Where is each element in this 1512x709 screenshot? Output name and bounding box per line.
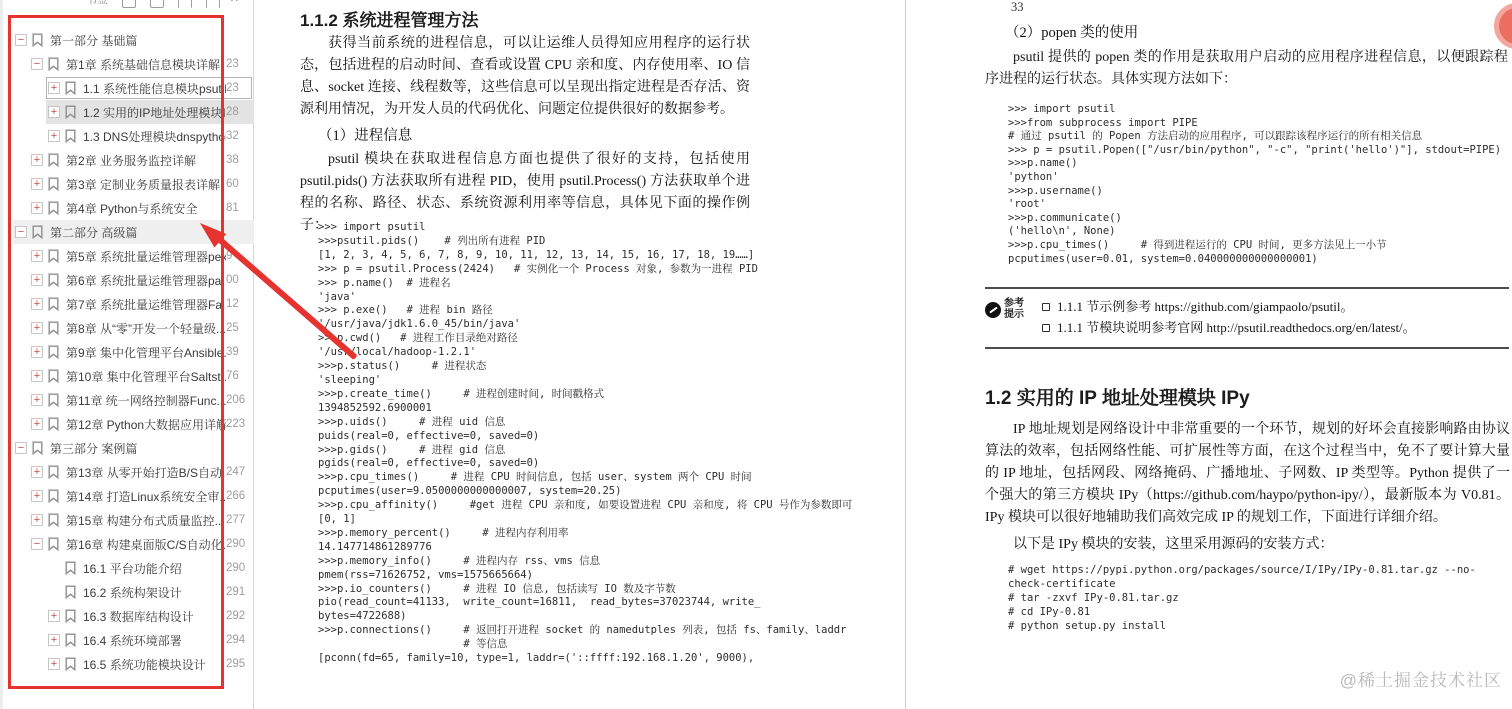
- toggle-icon[interactable]: +: [48, 130, 60, 142]
- checkbox-bullet-icon: [1042, 303, 1050, 311]
- toggle-icon[interactable]: +: [31, 490, 43, 502]
- collapse-all-icon[interactable]: [150, 0, 164, 8]
- toc-row[interactable]: + 第8章 从“零”开发一个轻量级... 25: [0, 316, 254, 340]
- toggle-icon[interactable]: +: [31, 298, 43, 310]
- toc-page-number: 295: [226, 658, 254, 670]
- toc-label: 第3章 定制业务质量报表详解: [66, 176, 220, 193]
- toc-row[interactable]: + 1.2 实用的IP地址处理模块IPy 28: [0, 100, 254, 124]
- toc-label: 1.1 系统性能信息模块psutil: [83, 80, 226, 97]
- toc-label: 第二部分 高级篇: [50, 224, 137, 241]
- expand-all-icon[interactable]: [122, 0, 136, 8]
- toggle-icon[interactable]: +: [48, 634, 60, 646]
- toggle-icon[interactable]: +: [31, 370, 43, 382]
- toc-page-number: 277: [226, 514, 254, 526]
- toc-row[interactable]: − 第三部分 案例篇: [0, 436, 254, 460]
- toggle-icon[interactable]: +: [31, 154, 43, 166]
- toc-label: 第14章 打造Linux系统安全审...: [66, 488, 226, 505]
- left-edge-strip: [0, 0, 3, 709]
- tip-text: 1.1.1 节示例参考 https://github.com/giampaolo…: [1057, 296, 1353, 317]
- toc-label: 1.2 实用的IP地址处理模块IPy: [83, 104, 226, 121]
- toc-label: 第13章 从零开始打造B/S自动...: [66, 464, 226, 481]
- bookmark-icon: [48, 297, 59, 311]
- toc-row[interactable]: + 16.3 数据库结构设计 292: [0, 604, 254, 628]
- bookmark-icon: [65, 657, 76, 671]
- toggle-icon[interactable]: +: [31, 346, 43, 358]
- toc-page-number: 23: [226, 82, 254, 94]
- toc-row[interactable]: + 第13章 从零开始打造B/S自动... 247: [0, 460, 254, 484]
- bookmark-icon: [65, 105, 76, 119]
- bookmark-icon: [48, 489, 59, 503]
- tip-line: 1.1.1 节示例参考 https://github.com/giampaolo…: [1042, 296, 1416, 317]
- tip-icon: [985, 302, 1001, 318]
- toc-label: 第三部分 案例篇: [50, 440, 137, 457]
- toc-row[interactable]: − 第二部分 高级篇: [0, 220, 254, 244]
- bookmark-icon: [48, 201, 59, 215]
- toc-label: 第16章 构建桌面版C/S自动化...: [66, 536, 226, 553]
- toc-row[interactable]: + 第6章 系统批量运维管理器pa... 00: [0, 268, 254, 292]
- toc-page-number: 290: [226, 538, 254, 550]
- toc-row[interactable]: + 16.4 系统环境部署 294: [0, 628, 254, 652]
- toc-list: − 第一部分 基础篇 − 第1章 系统基础信息模块详解 23 + 1.1 系统性…: [0, 28, 254, 676]
- toc-page-number: 9: [226, 250, 254, 262]
- document-page-left: 1.1.2 系统进程管理方法 获得当前系统的进程信息，可以让运维人员得知应用程序…: [255, 0, 905, 709]
- toc-label: 16.1 平台功能介绍: [83, 560, 182, 577]
- toggle-icon[interactable]: +: [31, 394, 43, 406]
- bookmark-icon: [65, 129, 76, 143]
- toggle-icon[interactable]: −: [31, 538, 43, 550]
- bookmark-icon: [65, 633, 76, 647]
- reference-tip-box: 参考 提示 1.1.1 节示例参考 https://github.com/gia…: [985, 287, 1509, 349]
- tip-icon-group: 参考 提示: [985, 299, 1024, 320]
- toc-label: 第2章 业务服务监控详解: [66, 152, 196, 169]
- toggle-icon[interactable]: −: [15, 34, 27, 46]
- toc-label: 第15章 构建分布式质量监控...: [66, 512, 225, 529]
- bookmark-icon: [48, 345, 59, 359]
- toc-label: 16.4 系统环境部署: [83, 632, 182, 649]
- toggle-icon[interactable]: +: [31, 322, 43, 334]
- toggle-icon[interactable]: +: [31, 514, 43, 526]
- bookmark-icon: [48, 393, 59, 407]
- bookmark-icon: [48, 249, 59, 263]
- toc-page-number: 206: [226, 394, 254, 406]
- toc-page-number: 76: [226, 370, 254, 382]
- bookmark-icon: [65, 609, 76, 623]
- toc-page-number: 32: [226, 130, 254, 142]
- toc-page-number: 294: [226, 634, 254, 646]
- bookmark-icon: [48, 177, 59, 191]
- page-number: 33: [1011, 0, 1024, 15]
- toc-row[interactable]: + 第9章 集中化管理平台Ansible... 39: [0, 340, 254, 364]
- checkbox-bullet-icon: [1042, 324, 1050, 332]
- toggle-icon[interactable]: −: [15, 442, 27, 454]
- toc-row[interactable]: − 第1章 系统基础信息模块详解 23: [0, 52, 254, 76]
- bookmark-icon: [32, 33, 43, 47]
- section-heading-12: 1.2 实用的 IP 地址处理模块 IPy: [985, 383, 1250, 410]
- bookmark-icon: [48, 153, 59, 167]
- toggle-icon[interactable]: +: [31, 178, 43, 190]
- toc-row[interactable]: + 第15章 构建分布式质量监控... 277: [0, 508, 254, 532]
- bookmark-icon: [65, 585, 76, 599]
- toggle-icon[interactable]: +: [48, 82, 60, 94]
- toc-row[interactable]: 16.1 平台功能介绍 290: [0, 556, 254, 580]
- watermark: @稀土掘金技术社区: [1340, 666, 1502, 691]
- toc-page-number: 292: [226, 610, 254, 622]
- toc-label: 1.3 DNS处理模块dnspython: [83, 128, 226, 145]
- toc-row[interactable]: − 第16章 构建桌面版C/S自动化... 290: [0, 532, 254, 556]
- toc-label: 第11章 统一网络控制器Func...: [66, 392, 226, 409]
- toggle-icon[interactable]: +: [31, 274, 43, 286]
- bookmark-icon: [48, 513, 59, 527]
- tip-line: 1.1.1 节模块说明参考官网 http://psutil.readthedoc…: [1042, 317, 1416, 338]
- toc-page-number: 25: [226, 322, 254, 334]
- add-bookmark-icon[interactable]: [178, 0, 192, 8]
- paragraph: psutil 提供的 popen 类的作用是获取用户启动的应用程序进程信息，以便…: [985, 47, 1508, 91]
- toc-page-number: 266: [226, 490, 254, 502]
- toggle-icon[interactable]: +: [31, 418, 43, 430]
- bookmark-icon: [48, 57, 59, 71]
- toc-row[interactable]: + 第10章 集中化管理平台Saltst... 76: [0, 364, 254, 388]
- code-block-ipy-install: # wget https://pypi.python.org/packages/…: [1008, 563, 1476, 633]
- toc-row[interactable]: + 第14章 打造Linux系统安全审... 266: [0, 484, 254, 508]
- toggle-icon[interactable]: +: [31, 466, 43, 478]
- tip-lines: 1.1.1 节示例参考 https://github.com/giampaolo…: [1042, 296, 1416, 338]
- toc-row[interactable]: + 第5章 系统批量运维管理器pex... 9: [0, 244, 254, 268]
- paragraph: IP 地址规划是网络设计中非常重要的一个环节，规划的好坏会直接影响路由协议算法的…: [985, 419, 1510, 529]
- toc-label: 第1章 系统基础信息模块详解: [66, 56, 220, 73]
- toc-page-number: 291: [226, 586, 254, 598]
- bookmark-icon: [32, 225, 43, 239]
- code-block-popen: >>> import psutil >>>from subprocess imp…: [1008, 103, 1501, 266]
- toc-label: 第一部分 基础篇: [50, 32, 137, 49]
- toc-row[interactable]: − 第一部分 基础篇: [0, 28, 254, 52]
- bookmark-icon: [32, 441, 43, 455]
- toc-page-number: 28: [226, 106, 254, 118]
- toc-page-number: 223: [226, 418, 254, 430]
- toc-label: 第9章 集中化管理平台Ansible...: [66, 344, 226, 361]
- toc-label: 第8章 从“零”开发一个轻量级...: [66, 320, 226, 337]
- close-icon[interactable]: ×: [230, 0, 239, 9]
- toggle-icon[interactable]: +: [31, 250, 43, 262]
- toc-page-number: 23: [226, 58, 254, 70]
- paragraph: 以下是 IPy 模块的安装，这里采用源码的安装方式：: [985, 534, 1510, 556]
- toc-page-number: 38: [226, 154, 254, 166]
- toc-label: 第5章 系统批量运维管理器pex...: [66, 248, 226, 265]
- bookmark-icon: [48, 369, 59, 383]
- toggle-icon[interactable]: −: [15, 226, 27, 238]
- toc-label: 第7章 系统批量运维管理器Fa...: [66, 296, 226, 313]
- toc-row[interactable]: + 第3章 定制业务质量报表详解 60: [0, 172, 254, 196]
- toggle-icon[interactable]: +: [48, 658, 60, 670]
- toc-row[interactable]: + 第7章 系统批量运维管理器Fa... 12: [0, 292, 254, 316]
- toc-label: 第6章 系统批量运维管理器pa...: [66, 272, 226, 289]
- bookmark-options-icon[interactable]: [206, 0, 220, 8]
- toc-page-number: 60: [226, 178, 254, 190]
- toc-page-number: 81: [226, 202, 254, 214]
- toc-page-number: 247: [226, 466, 254, 478]
- bookmark-icon: [48, 321, 59, 335]
- bookmark-icon: [48, 537, 59, 551]
- toc-label: 16.2 系统构架设计: [83, 584, 182, 601]
- toggle-icon[interactable]: −: [31, 58, 43, 70]
- bookmark-icon: [48, 465, 59, 479]
- sidebar-toolbar: 书签 ×: [0, 0, 254, 11]
- bookmark-icon: [48, 273, 59, 287]
- toc-row[interactable]: + 第12章 Python大数据应用详解 223: [0, 412, 254, 436]
- toc-row[interactable]: + 1.1 系统性能信息模块psutil 23: [0, 76, 254, 100]
- toggle-icon[interactable]: +: [48, 610, 60, 622]
- toc-row[interactable]: + 第11章 统一网络控制器Func... 206: [0, 388, 254, 412]
- tip-icon-label: 参考 提示: [1004, 299, 1024, 320]
- tip-text: 1.1.1 节模块说明参考官网 http://psutil.readthedoc…: [1057, 317, 1416, 338]
- toc-page-number: 00: [226, 274, 254, 286]
- toggle-icon[interactable]: +: [31, 202, 43, 214]
- toc-label: 第10章 集中化管理平台Saltst...: [66, 368, 226, 385]
- paragraph: 获得当前系统的进程信息，可以让运维人员得知应用程序的运行状态，包括进程的启动时间…: [300, 33, 750, 121]
- toc-page-number: 39: [226, 346, 254, 358]
- panel-title: 书签: [86, 0, 108, 7]
- toc-label: 第12章 Python大数据应用详解: [66, 416, 226, 433]
- document-page-right: 33 （2）popen 类的使用 psutil 提供的 popen 类的作用是获…: [905, 0, 1512, 709]
- toc-row[interactable]: 16.2 系统构架设计 291: [0, 580, 254, 604]
- subheading-process-info: （1）进程信息: [318, 124, 412, 145]
- bookmark-icon: [65, 561, 76, 575]
- toc-page-number: 290: [226, 562, 254, 574]
- bookmark-icon: [65, 81, 76, 95]
- toc-label: 16.5 系统功能模块设计: [83, 656, 206, 673]
- toc-row[interactable]: + 1.3 DNS处理模块dnspython 32: [0, 124, 254, 148]
- toc-row[interactable]: + 第2章 业务服务监控详解 38: [0, 148, 254, 172]
- toc-page-number: 12: [226, 298, 254, 310]
- toc-row[interactable]: + 16.5 系统功能模块设计 295: [0, 652, 254, 676]
- bookmarks-sidebar: 书签 × − 第一部分 基础篇 − 第1章 系统基础信息模块详解 23 + 1.…: [0, 0, 254, 709]
- toc-label: 16.3 数据库结构设计: [83, 608, 194, 625]
- bookmark-icon: [48, 417, 59, 431]
- subheading-popen: （2）popen 类的使用: [1005, 21, 1138, 42]
- toggle-icon[interactable]: +: [48, 106, 60, 118]
- toc-label: 第4章 Python与系统安全: [66, 200, 197, 217]
- toc-row[interactable]: + 第4章 Python与系统安全 81: [0, 196, 254, 220]
- code-block-psutil-process: >>> import psutil >>>psutil.pids() # 列出所…: [318, 221, 852, 666]
- section-heading-112: 1.1.2 系统进程管理方法: [300, 6, 479, 31]
